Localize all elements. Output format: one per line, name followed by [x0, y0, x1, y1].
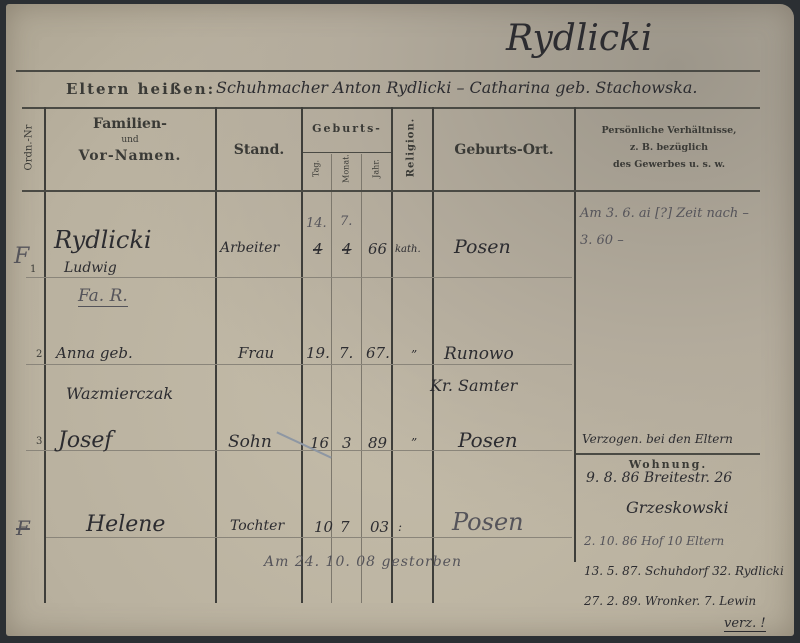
- header-ordn-nr: Ordn.-Nr: [24, 113, 35, 183]
- row3-jahr: 89: [368, 434, 387, 452]
- row3-nr: 3: [36, 436, 42, 447]
- column-line: [301, 107, 303, 603]
- wohnung-entry: 27. 2. 89. Wronker. 7. Lewin: [584, 594, 756, 608]
- divider: [22, 190, 760, 192]
- registration-card: Rydlicki Eltern heißen: Schuhmacher Anto…: [6, 4, 794, 636]
- row4-ort: Posen: [452, 508, 524, 536]
- header-stand: Stand.: [217, 142, 301, 158]
- row4-monat: 7: [340, 518, 350, 536]
- column-line: [215, 107, 217, 603]
- wohnung-entry: Grzeskowski: [626, 498, 729, 517]
- row4-mark: F: [16, 516, 30, 540]
- column-line: [432, 107, 434, 603]
- row1-monat: 4: [342, 240, 352, 258]
- row3-remarks: Verzogen. bei den Eltern: [582, 432, 733, 446]
- row1-mark: F: [14, 244, 29, 269]
- wohnung-entry: 2. 10. 86 Hof 10 Eltern: [584, 534, 724, 548]
- row-line: [26, 364, 572, 365]
- row1-nr: 1: [30, 264, 36, 275]
- header-monat: Monat.: [342, 149, 351, 189]
- row3-monat: 3: [342, 434, 352, 452]
- row4-tag: 10: [314, 518, 333, 536]
- column-line: [391, 107, 393, 603]
- row1-surname: Rydlicki: [54, 226, 152, 254]
- row1-religion: kath.: [395, 244, 421, 255]
- row4-jahr: 03: [370, 518, 389, 536]
- row2-stand: Frau: [238, 344, 274, 362]
- header-names: Familien- und Vor-Namen.: [46, 116, 214, 164]
- row2-jahr: 67.: [366, 344, 390, 362]
- row4-given-name: Helene: [86, 512, 165, 537]
- column-line: [574, 107, 576, 562]
- surname-header: Rydlicki: [506, 18, 652, 59]
- divider: [16, 70, 760, 72]
- row1-tag-correction: 14.: [306, 216, 327, 231]
- row1-jahr: 66: [368, 240, 387, 258]
- row3-religion: ”: [411, 436, 417, 450]
- header-persoenliche: Persönliche Verhältnisse, z. B. bezüglic…: [576, 122, 762, 173]
- row4-death-note: Am 24. 10. 08 gestorben: [264, 554, 462, 570]
- wohnung-entry: 13. 5. 87. Schuhdorf 32. Rydlicki: [584, 564, 784, 578]
- header-geburts: Geburts-: [303, 122, 391, 135]
- row1-note: Fa. R.: [78, 286, 128, 307]
- row3-given-name: Josef: [58, 428, 113, 453]
- row3-ort: Posen: [458, 428, 518, 452]
- row1-ort: Posen: [454, 236, 511, 258]
- row-line: [26, 277, 572, 278]
- wohnung-entry: 9. 8. 86 Breitestr. 26: [586, 470, 732, 486]
- row3-stand: Sohn: [228, 432, 272, 452]
- row1-stand: Arbeiter: [220, 240, 279, 256]
- row2-name-line2: Wazmierczak: [66, 384, 173, 403]
- divider: [576, 453, 760, 455]
- row2-name-line1: Anna geb.: [56, 344, 133, 362]
- header-tag: Tag.: [312, 149, 321, 189]
- row2-ort-line1: Runowo: [444, 344, 514, 364]
- wohnung-entry: verz. !: [724, 616, 766, 632]
- row4-stand: Tochter: [230, 518, 284, 534]
- row2-nr: 2: [36, 349, 42, 360]
- header-geburts-ort: Geburts-Ort.: [434, 142, 574, 158]
- parents-value: Schuhmacher Anton Rydlicki – Catharina g…: [216, 78, 697, 97]
- row4-religion: :: [398, 520, 402, 534]
- header-jahr: Jahr.: [372, 149, 381, 189]
- row2-tag: 19.: [306, 344, 330, 362]
- parents-label: Eltern heißen:: [66, 80, 215, 98]
- row2-monat: 7.: [339, 344, 353, 362]
- column-line: [44, 107, 46, 603]
- row1-given-name: Ludwig: [64, 260, 117, 276]
- row-line: [46, 537, 572, 538]
- row1-monat-correction: 7.: [340, 214, 352, 229]
- row2-ort-line2: Kr. Samter: [430, 376, 517, 395]
- row1-remarks: Am 3. 6. ai [?] Zeit nach – 3. 60 –: [580, 200, 760, 254]
- row1-tag: 4: [313, 240, 323, 258]
- header-religion: Religion.: [406, 113, 417, 183]
- row2-religion: ”: [411, 348, 417, 362]
- column-line: [361, 154, 362, 603]
